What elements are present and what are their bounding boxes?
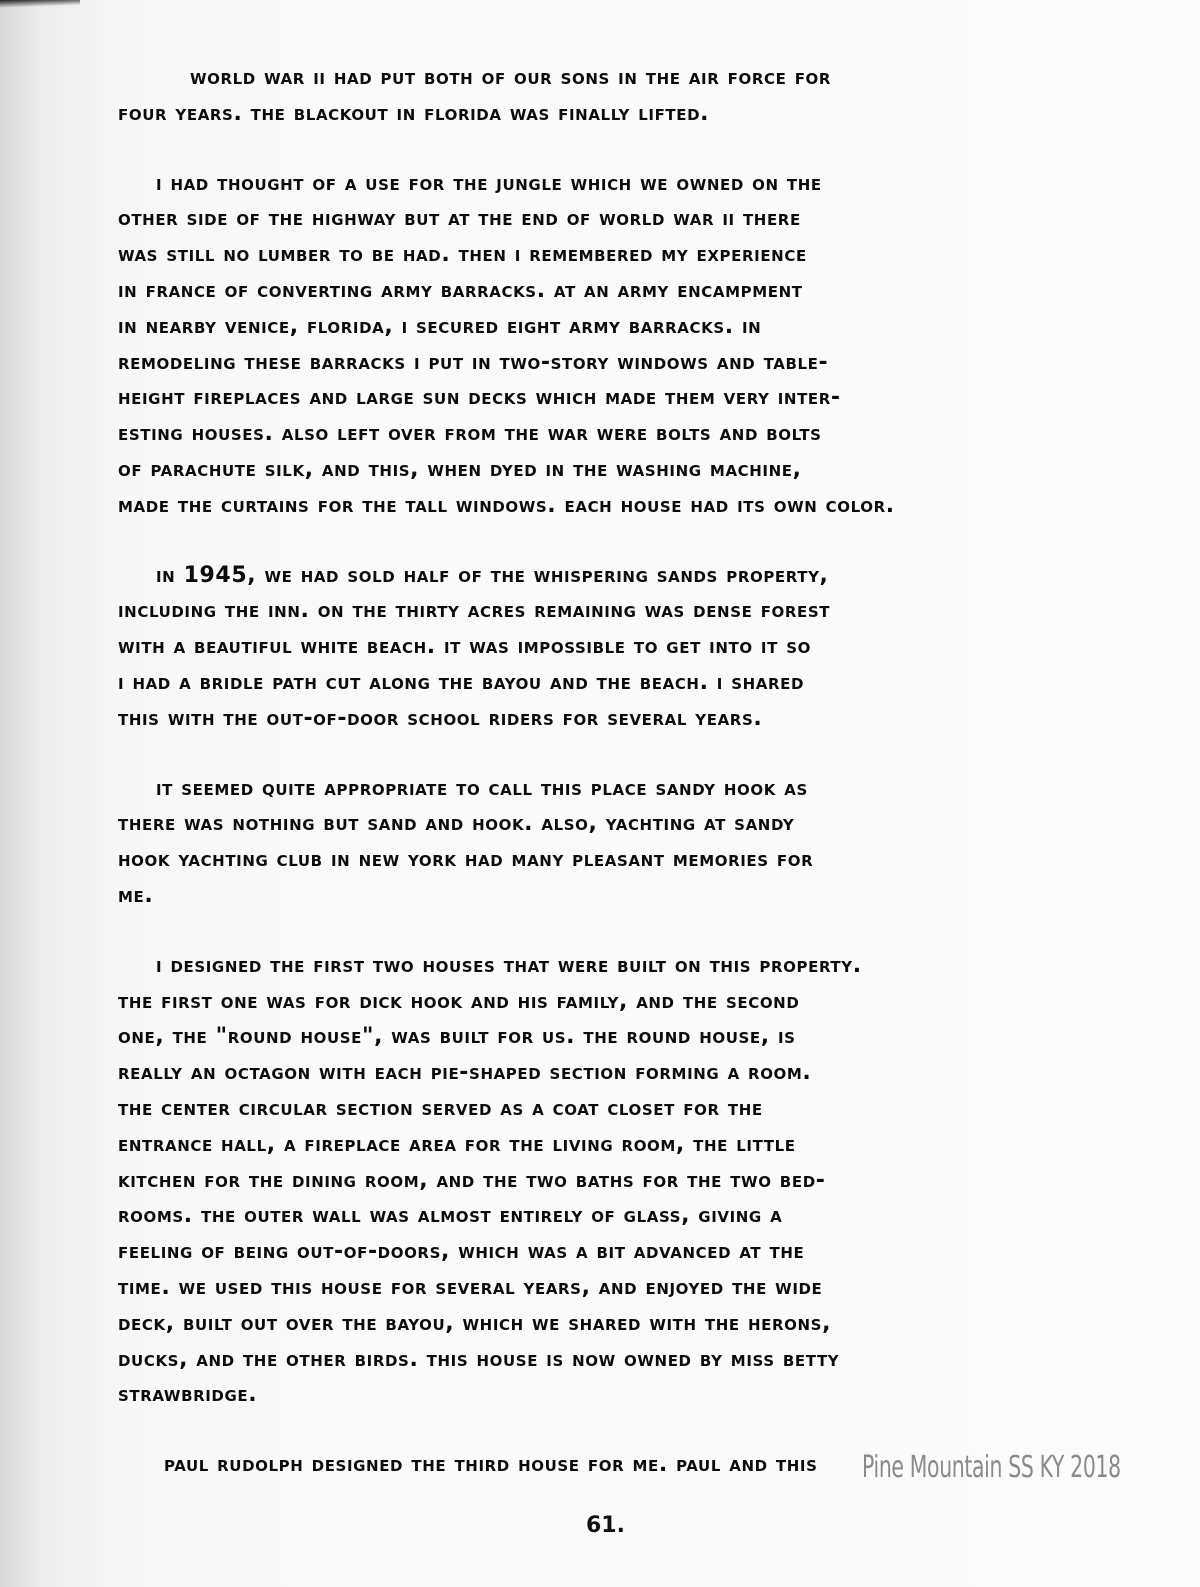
text-line: including the Inn. On the thirty acres r… <box>118 593 1118 629</box>
text-line: time. We used this house for several yea… <box>118 1270 1118 1306</box>
page-number: 61. <box>586 1513 625 1538</box>
paragraph-4: It seemed quite appropriate to call this… <box>118 771 1118 914</box>
watermark: Pine Mountain SS KY 2018 <box>862 1450 1121 1485</box>
text-line: Strawbridge. <box>118 1377 1118 1413</box>
text-line: It seemed quite appropriate to call this… <box>118 771 1118 807</box>
text-line: I designed the first two houses that wer… <box>118 948 1118 984</box>
text-line: in nearby Venice, Florida, I secured eig… <box>118 309 1118 345</box>
scanned-page: World War II had put both of our sons in… <box>0 0 1200 1587</box>
text-line: me. <box>118 878 1118 914</box>
text-line: The center circular section served as a … <box>118 1091 1118 1127</box>
text-line: entrance hall, a fireplace area for the … <box>118 1127 1118 1163</box>
text-line: Remodeling these barracks I put in two-s… <box>118 345 1118 381</box>
paragraph-5: I designed the first two houses that wer… <box>118 948 1118 1413</box>
text-line: really an octagon with each pie-shaped s… <box>118 1055 1118 1091</box>
paragraph-3: In 1945, we had sold half of the Whisper… <box>118 558 1118 737</box>
text-line: Kitchen for the dining room, and the two… <box>118 1163 1118 1199</box>
text-line: deck, built out over the bayou, which we… <box>118 1306 1118 1342</box>
text-line: World War II had put both of our sons in… <box>152 60 1118 96</box>
text-line: The first one was for Dick Hook and his … <box>118 984 1118 1020</box>
text-line: height fireplaces and large sun decks wh… <box>118 380 1118 416</box>
text-line: I had a bridle path cut along the bayou … <box>118 665 1118 701</box>
paragraph-2: I had thought of a use for the jungle wh… <box>118 166 1118 524</box>
text-line: made the curtains for the tall windows. … <box>118 488 1118 524</box>
text-line: feeling of being out-of-doors, which was… <box>118 1234 1118 1270</box>
text-line: ducks, and the other birds. This house i… <box>118 1342 1118 1378</box>
scan-edge-shadow <box>0 0 80 8</box>
text-line: in France of converting army barracks. A… <box>118 273 1118 309</box>
body-text: World War II had put both of our sons in… <box>118 60 1118 1517</box>
text-line: In 1945, we had sold half of the Whisper… <box>118 558 1118 594</box>
text-line: four years. The blackout in Florida was … <box>118 96 1118 132</box>
text-line: was still no lumber to be had. Then I re… <box>118 237 1118 273</box>
text-line: rooms. The outer wall was almost entirel… <box>118 1198 1118 1234</box>
paragraph-1: World War II had put both of our sons in… <box>152 60 1118 132</box>
text-line: of parachute silk, and this, when dyed i… <box>118 452 1118 488</box>
text-line: with a beautiful white beach. It was imp… <box>118 629 1118 665</box>
text-line: there was nothing but sand and Hook. Als… <box>118 806 1118 842</box>
text-line: I had thought of a use for the jungle wh… <box>118 166 1118 202</box>
text-line: esting houses. Also left over from the w… <box>118 416 1118 452</box>
text-line: other side of the highway but at the end… <box>118 201 1118 237</box>
text-line: Hook Yachting Club in New York had many … <box>118 842 1118 878</box>
text-line: this with the Out-of-Door School riders … <box>118 701 1118 737</box>
text-line: one, the "Round House", was built for us… <box>118 1019 1118 1055</box>
